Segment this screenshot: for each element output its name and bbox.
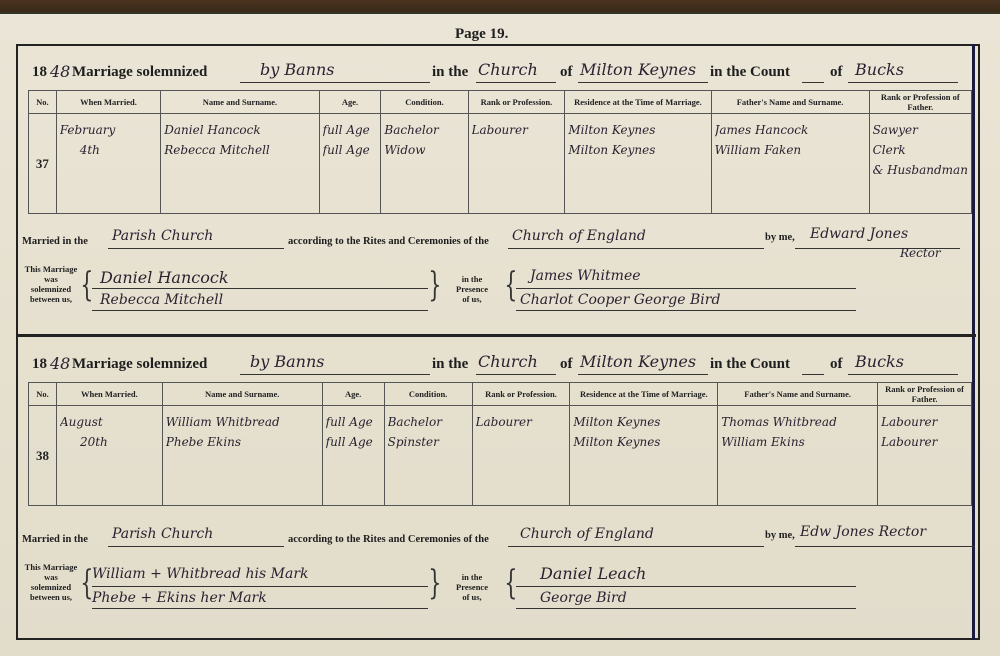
label-between-us: This Marriage was solemnized between us, [20,264,82,304]
ranks: Labourer [472,406,570,506]
parish-name: Milton Keynes [580,352,696,371]
register-table: No. When Married. Name and Surname. Age.… [28,382,972,506]
col-residence: Residence at the Time of Marriage. [565,91,711,114]
officiant-name: Edw Jones Rector [800,524,926,540]
label-county: in the Count [710,64,790,81]
col-father-name: Father's Name and Surname. [718,383,878,406]
place-type: Church [478,60,538,79]
label-of: of [560,356,573,373]
county-name: Bucks [855,352,904,371]
party-bride-signature: Rebecca Mitchell [100,292,223,308]
solemnized-method: by Banns [250,352,324,371]
conditions: Bachelor Spinster [384,406,472,506]
rites-church: Church of England [520,526,654,542]
marriage-entry-38: 18 48 Marriage solemnized by Banns in th… [20,342,972,632]
label-rites: according to the Rites and Ceremonies of… [288,236,489,247]
officiant-name: Edward Jones [810,226,908,242]
table-header-row: No. When Married. Name and Surname. Age.… [29,91,972,114]
witness-1: Daniel Leach [540,564,646,583]
col-condition: Condition. [384,383,472,406]
father-ranks: Labourer Labourer [878,406,972,506]
col-condition: Condition. [381,91,468,114]
label-married-in: Married in the [22,236,88,247]
label-marriage-solemnized: Marriage solemnized [72,64,207,81]
register-table: No. When Married. Name and Surname. Age.… [28,90,972,214]
ages: full Age full Age [319,114,381,214]
year-suffix: 48 [50,354,70,373]
entry-footer: Married in the Parish Church according t… [20,222,972,332]
witness-2: George Bird [540,590,627,606]
col-name: Name and Surname. [161,91,319,114]
col-father-rank: Rank or Profession of Father. [869,91,971,114]
married-in-place: Parish Church [112,526,213,542]
solemnized-method: by Banns [260,60,334,79]
party-groom-signature: Daniel Hancock [100,268,229,287]
entry-header: 18 48 Marriage solemnized by Banns in th… [20,50,972,90]
rites-church: Church of England [512,228,646,244]
parish-name: Milton Keynes [580,60,696,79]
officiant-title: Rector [900,246,941,260]
label-presence: in the Presence of us, [448,274,496,304]
col-rank: Rank or Profession. [472,383,570,406]
table-header-row: No. When Married. Name and Surname. Age.… [29,383,972,406]
page-title: Page 19. [455,26,508,43]
col-age: Age. [322,383,384,406]
table-row: 38 August 20th William Whitbread Phebe E… [29,406,972,506]
label-rites: according to the Rites and Ceremonies of… [288,534,489,545]
label-between-us: This Marriage was solemnized between us, [20,562,82,602]
party-bride-signature: Phebe + Ekins her Mark [92,590,267,606]
county-name: Bucks [855,60,904,79]
conditions: Bachelor Widow [381,114,468,214]
label-of-county: of [830,356,843,373]
frame-edge [972,44,975,640]
names: Daniel Hancock Rebecca Mitchell [161,114,319,214]
col-when-married: When Married. [56,91,161,114]
col-when-married: When Married. [56,383,162,406]
fathers: Thomas Whitbread William Ekins [718,406,878,506]
when-married: February 4th [56,114,161,214]
ages: full Age full Age [322,406,384,506]
entry-number: 38 [29,406,57,506]
col-no: No. [29,91,57,114]
entry-number: 37 [29,114,57,214]
col-rank: Rank or Profession. [468,91,565,114]
label-married-in: Married in the [22,534,88,545]
col-father-rank: Rank or Profession of Father. [878,383,972,406]
label-by-me: by me, [765,232,795,243]
entry-header: 18 48 Marriage solemnized by Banns in th… [20,342,972,382]
label-by-me: by me, [765,530,795,541]
col-residence: Residence at the Time of Marriage. [570,383,718,406]
year-suffix: 48 [50,62,70,81]
party-groom-signature: William + Whitbread his Mark [92,566,309,582]
entry-footer: Married in the Parish Church according t… [20,520,972,630]
label-in-the: in the [432,64,468,81]
label-county: in the Count [710,356,790,373]
when-married: August 20th [56,406,162,506]
label-marriage-solemnized: Marriage solemnized [72,356,207,373]
year-prefix: 18 [32,356,47,373]
residences: Milton Keynes Milton Keynes [570,406,718,506]
residences: Milton Keynes Milton Keynes [565,114,711,214]
ranks: Labourer [468,114,565,214]
col-father-name: Father's Name and Surname. [711,91,869,114]
label-of: of [560,64,573,81]
father-ranks: Sawyer Clerk & Husbandman [869,114,971,214]
fathers: James Hancock William Faken [711,114,869,214]
label-in-the: in the [432,356,468,373]
table-row: 37 February 4th Daniel Hancock Rebecca M… [29,114,972,214]
col-name: Name and Surname. [162,383,322,406]
married-in-place: Parish Church [112,228,213,244]
col-no: No. [29,383,57,406]
names: William Whitbread Phebe Ekins [162,406,322,506]
col-age: Age. [319,91,381,114]
witness-1: James Whitmee [530,268,641,284]
place-type: Church [478,352,538,371]
marriage-entry-37: 18 48 Marriage solemnized by Banns in th… [20,50,972,332]
witness-2: Charlot Cooper George Bird [520,292,720,308]
label-of-county: of [830,64,843,81]
entry-separator [18,334,976,337]
label-presence: in the Presence of us, [448,572,496,602]
year-prefix: 18 [32,64,47,81]
